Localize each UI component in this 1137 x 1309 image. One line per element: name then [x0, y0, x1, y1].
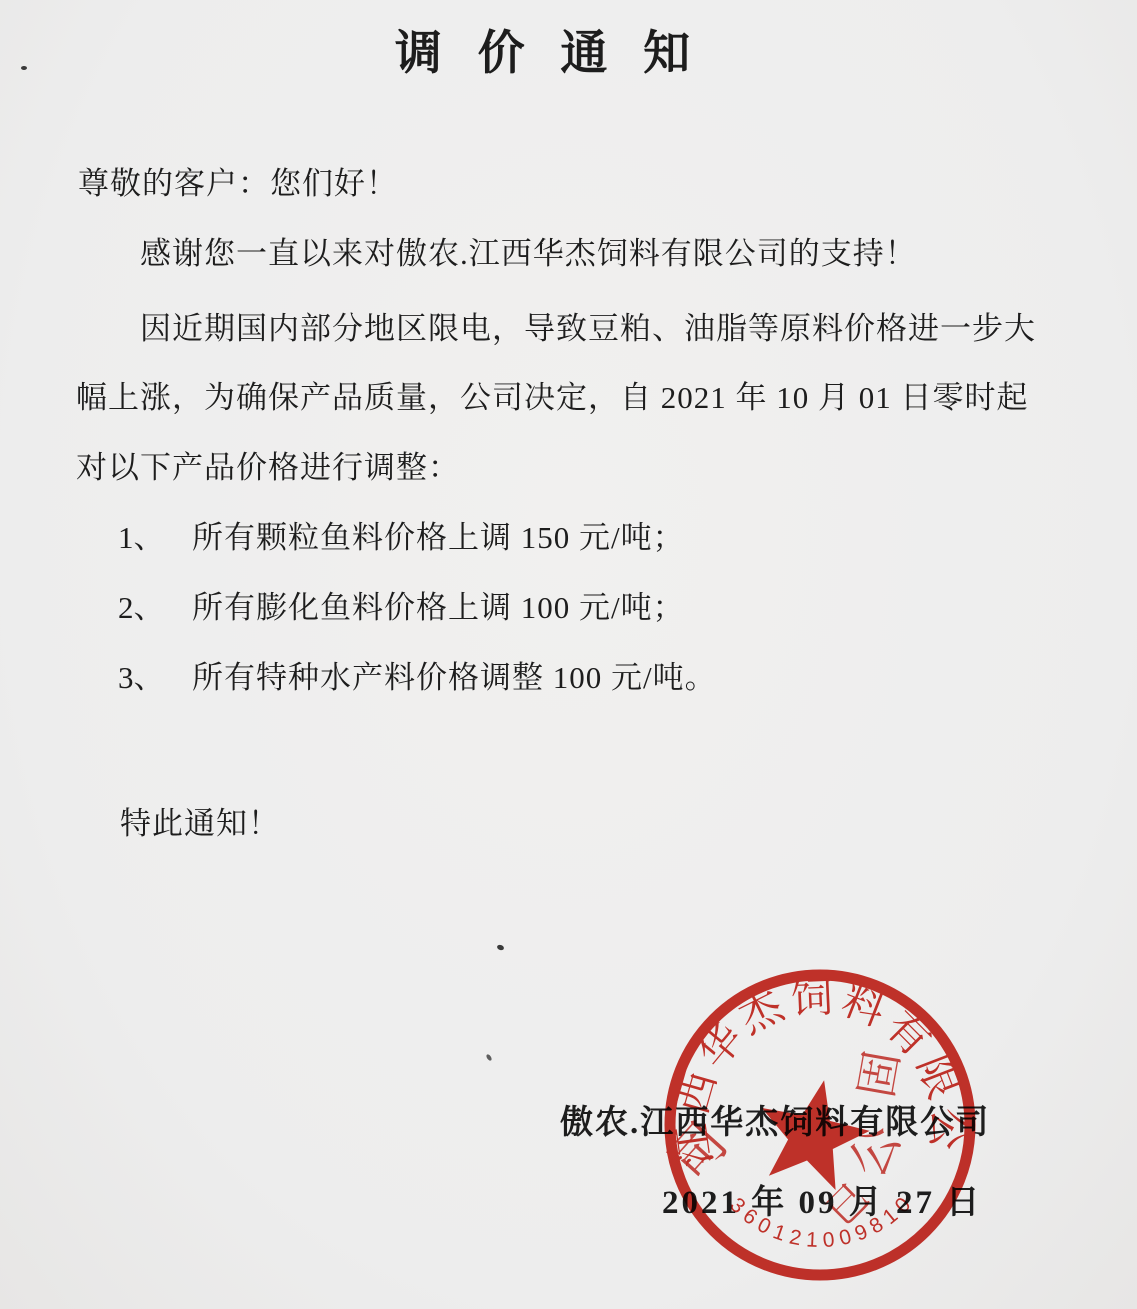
body-line-1: 因近期国内部分地区限电，导致豆粕、油脂等原料价格进一步大: [140, 303, 1036, 348]
scan-speck: [496, 944, 504, 951]
greeting-line: 尊敬的客户：您们好！: [78, 158, 398, 203]
body-line-3: 对以下产品价格进行调整：: [76, 442, 460, 487]
company-signature: 傲农.江西华杰饲料有限公司: [560, 1096, 990, 1143]
price-item-1-number: 1、: [118, 512, 165, 557]
price-item-1-text: 所有颗粒鱼料价格上调 150 元/吨；: [192, 512, 685, 557]
signature-date: 2021 年 09 月 27 日: [662, 1176, 982, 1223]
scan-speck: [485, 1053, 492, 1061]
scan-speck: [21, 66, 27, 70]
price-item-2: 2、 所有膨化鱼料价格上调 100 元/吨；: [0, 582, 1137, 622]
price-item-3: 3、 所有特种水产料价格调整 100 元/吨。: [0, 652, 1137, 692]
price-item-2-number: 2、: [118, 582, 165, 627]
body-line-2: 幅上涨，为确保产品质量，公司决定，自 2021 年 10 月 01 日零时起: [76, 372, 1029, 417]
thanks-line: 感谢您一直以来对傲农.江西华杰饲料有限公司的支持！: [140, 228, 917, 273]
price-item-3-text: 所有特种水产料价格调整 100 元/吨。: [192, 652, 717, 697]
price-item-1: 1、 所有颗粒鱼料价格上调 150 元/吨；: [0, 512, 1137, 552]
price-item-2-text: 所有膨化鱼料价格上调 100 元/吨；: [192, 582, 685, 627]
price-item-3-number: 3、: [118, 652, 165, 697]
closing-line: 特此通知！: [120, 798, 280, 843]
seal-ghost-char-3: 固: [851, 1047, 909, 1101]
page-title: 调 价 通 知: [0, 16, 1097, 83]
